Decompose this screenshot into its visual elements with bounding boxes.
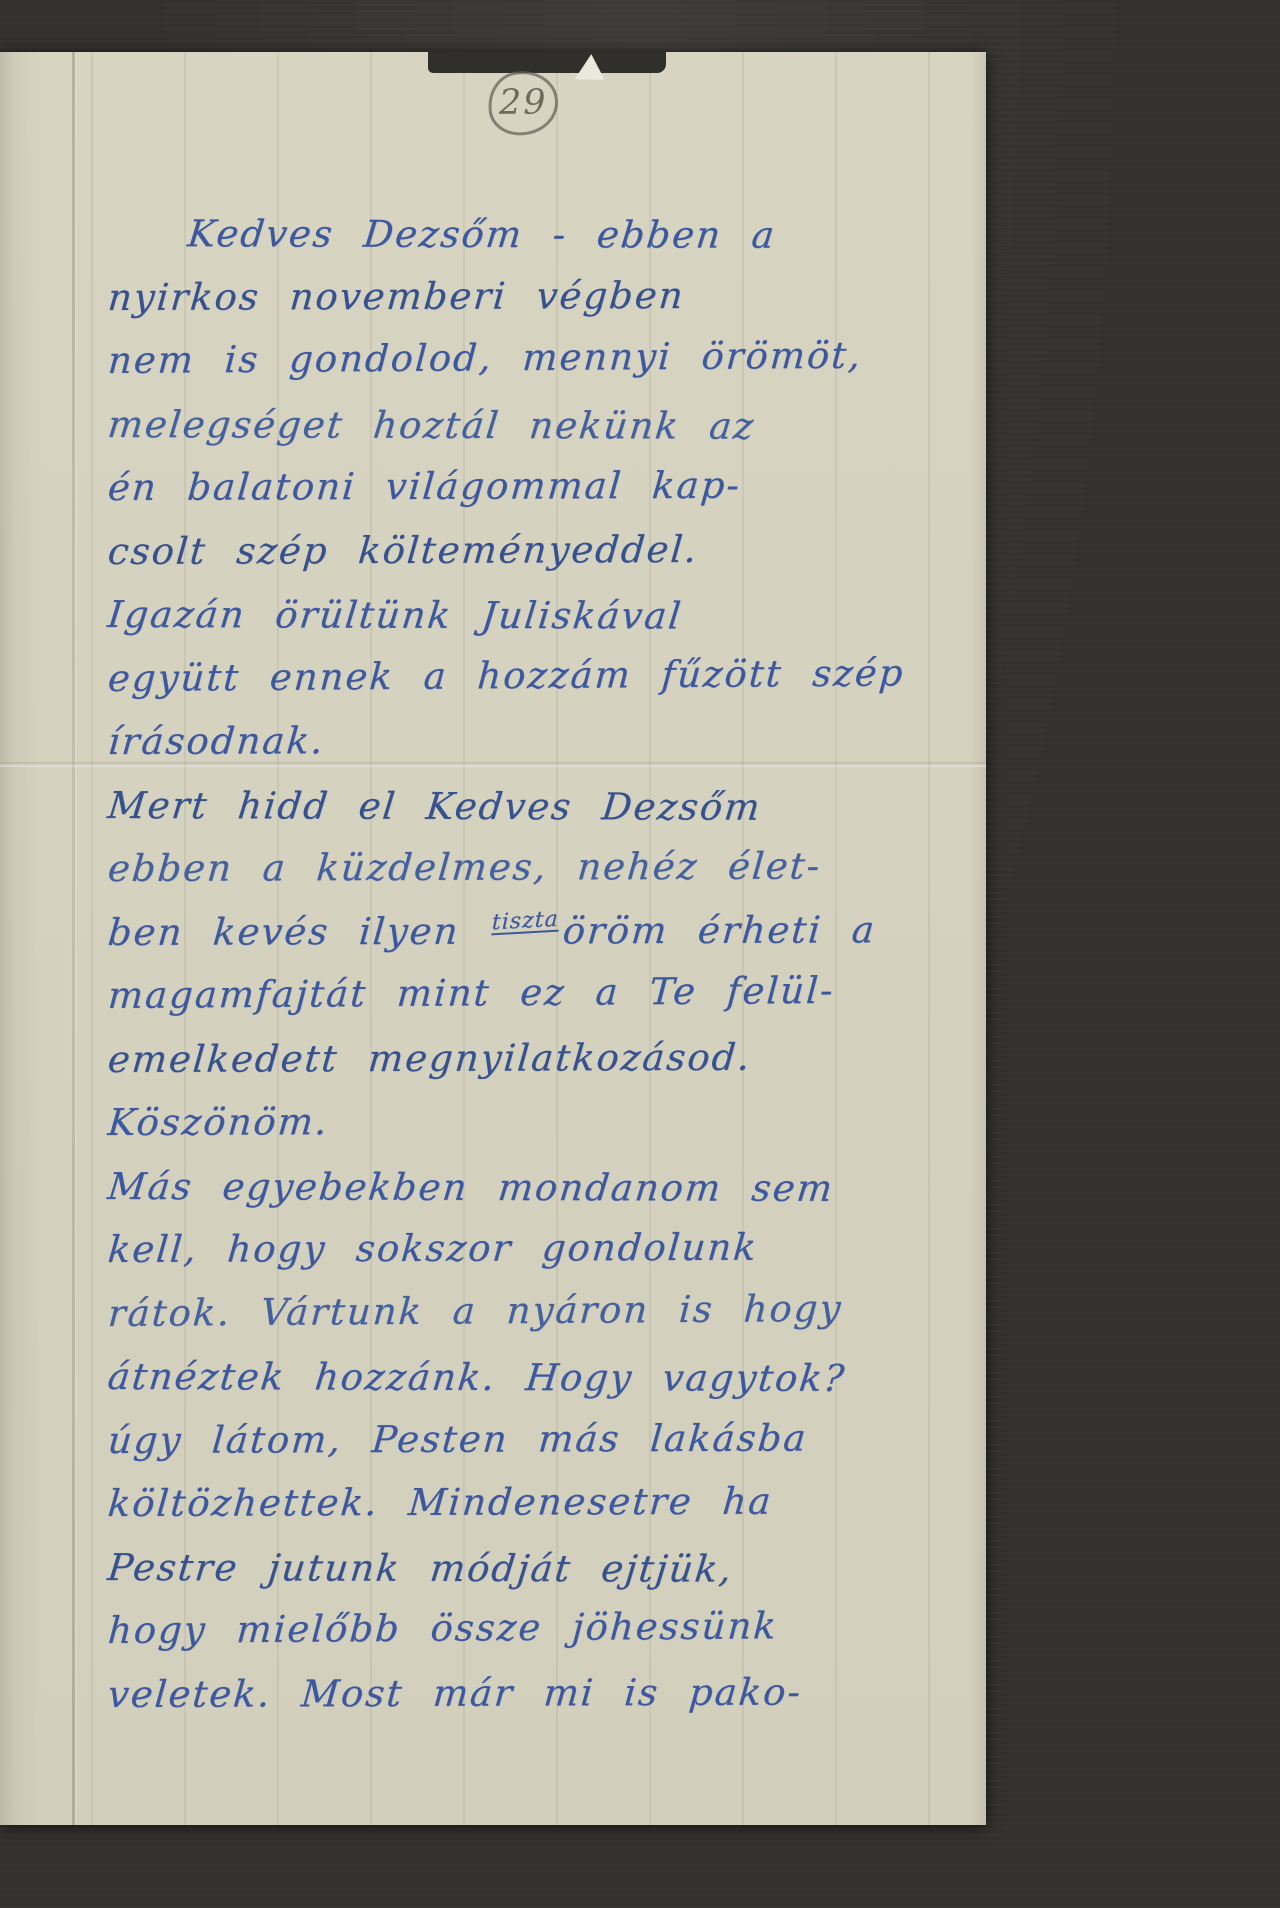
letter-line: hogy mielőbb össze jöhessünk [106,1593,986,1663]
letter-line: költözhettek. Mindenesetre ha [105,1469,986,1536]
letter-line: melegséget hoztál nekünk az [105,393,986,459]
letter-line: Igazán örültünk Juliskával [105,583,986,649]
letter-line: írásodnak. [105,707,986,774]
letter-line: én balatoni világommal kap- [105,453,986,520]
letter-line: Kedves Dezsőm - ebben a [105,202,986,268]
letter-line: Köszönöm. [105,1088,986,1155]
top-edge-tear [428,52,666,73]
letter-line: Pestre jutunk módját ejtjük, [105,1536,986,1602]
letter-lines: Kedves Dezsőm - ebben anyirkos novemberi… [108,202,986,1726]
letter-line: nyirkos novemberi végben [105,262,986,329]
page-number-circle: 29 [484,66,562,139]
left-fold-crease [72,52,75,1825]
letter-line: átnéztek hozzánk. Hogy vagytok? [105,1345,986,1411]
letter-line: Mert hidd el Kedves Dezsőm [105,774,986,840]
letter-line: veletek. Most már mi is pako- [105,1659,986,1726]
letter-line: ben kevés ilyen tisztaöröm érheti a [105,897,986,964]
page-number: 29 [499,83,548,123]
letter-line: együtt ennek a hozzám fűzött szép [106,640,986,710]
inserted-word-above-line: tiszta [492,909,560,935]
letter-line: kell, hogy sokszor gondolunk [105,1215,986,1282]
letter-line: ebben a küzdelmes, nehéz élet- [105,834,986,901]
scan-background: 29 Kedves Dezsőm - ebben anyirkos novemb… [0,0,1280,1908]
letter-line: úgy látom, Pesten más lakásba [105,1405,986,1472]
letter-line: emelkedett megnyilatkozásod. [105,1024,986,1091]
letter-line: csolt szép költeményeddel. [105,516,986,583]
letter-line: rátok. Vártunk a nyáron is hogy [106,1275,986,1345]
letter-line: nem is gondolod, mennyi örömöt, [106,323,986,393]
letter-paper: 29 Kedves Dezsőm - ebben anyirkos novemb… [0,52,986,1825]
letter-line: Más egyebekben mondanom sem [105,1155,986,1221]
letter-line: magamfajtát mint ez a Te felül- [106,958,986,1028]
